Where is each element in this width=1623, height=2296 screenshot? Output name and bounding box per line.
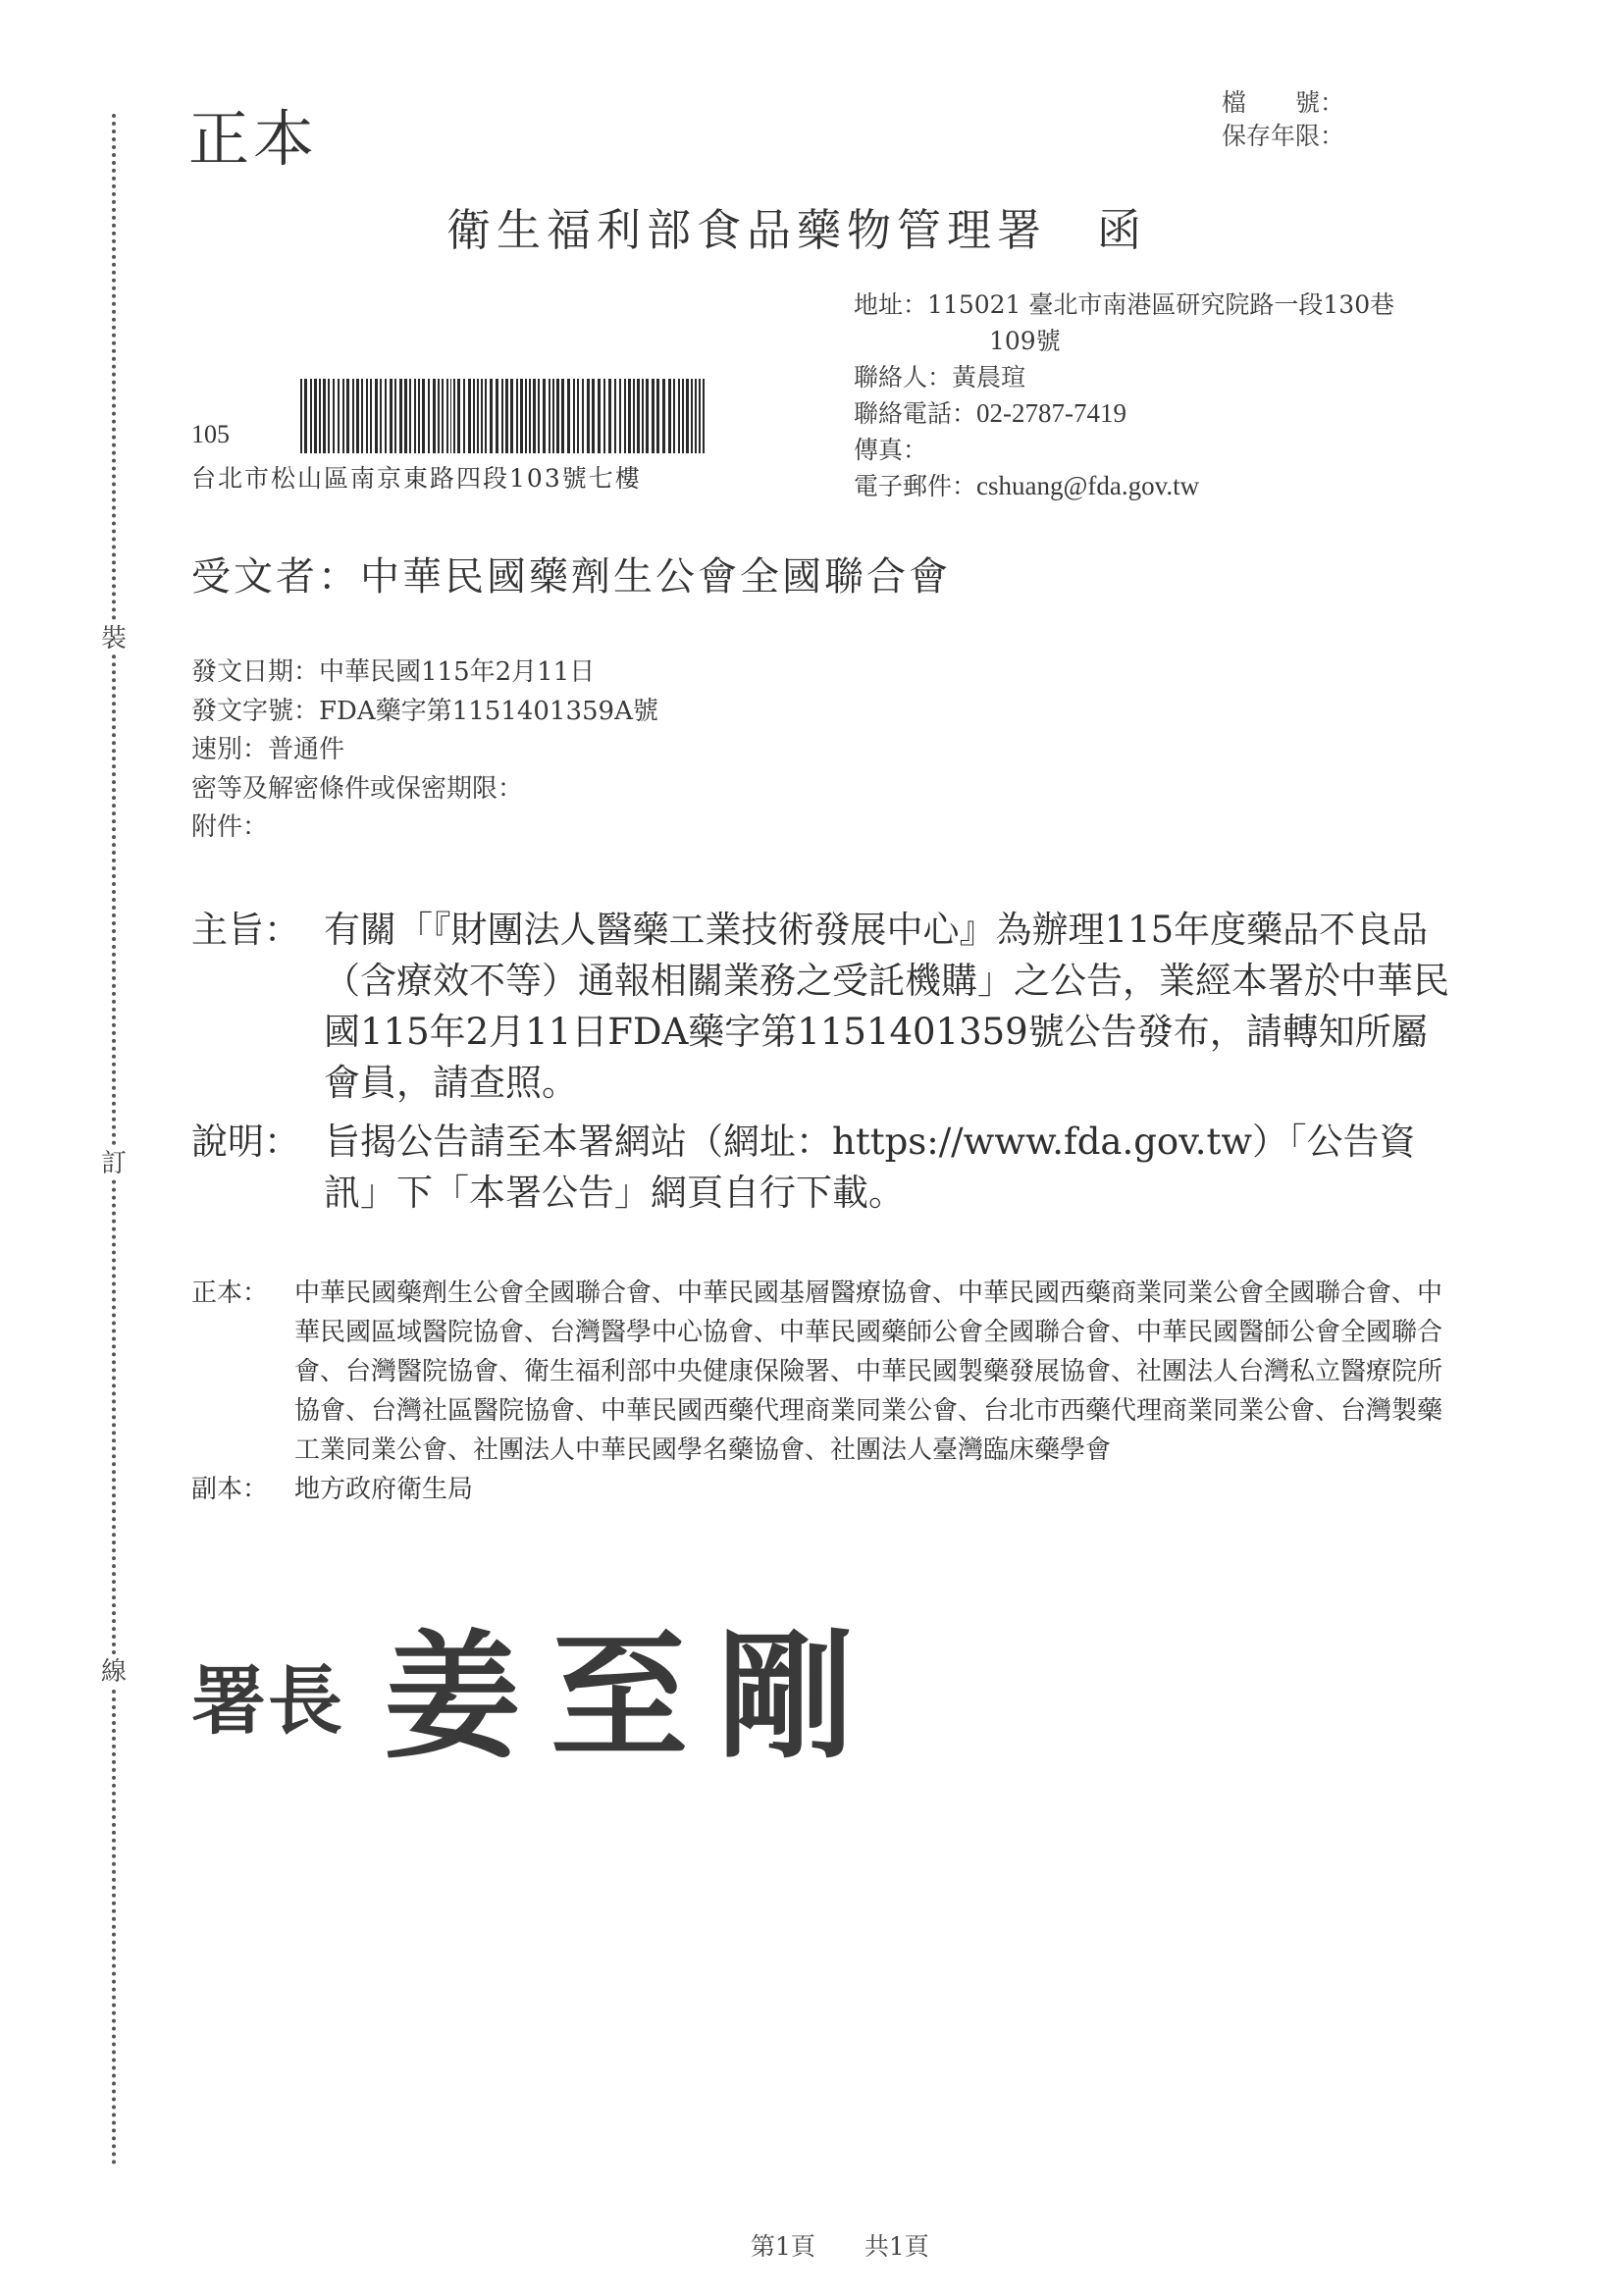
signatory-name: 姜至剛: [384, 1619, 884, 1776]
copy-recipients-label: 副本：: [191, 1470, 294, 1509]
file-meta: 檔 號： 保存年限：: [1222, 86, 1344, 153]
barcode: [300, 379, 707, 453]
address-label: 地址：: [854, 290, 927, 319]
fax-row: 傳真：: [854, 432, 1394, 468]
email-value: cshuang@fda.gov.tw: [976, 471, 1199, 500]
issue-date-row: 發文日期：中華民國115年2月11日: [191, 653, 658, 693]
fax-label: 傳真：: [854, 436, 927, 464]
speed-value: 普通件: [268, 735, 344, 764]
issue-date-label: 發文日期：: [191, 657, 319, 687]
email-row: 電子郵件：cshuang@fda.gov.tw: [854, 468, 1394, 504]
sender-info: 地址：115021 臺北市南港區研究院路一段130巷 109號 聯絡人：黃晨瑄 …: [854, 287, 1394, 504]
secrecy-row: 密等及解密條件或保密期限：: [191, 770, 658, 809]
explanation-label: 說明：: [191, 1117, 324, 1219]
reference-number: FDA藥字第1151401359A號: [319, 697, 658, 726]
attachment-label: 附件：: [191, 812, 268, 842]
recipient: 受文者：中華民國藥劑生公會全國聯合會: [191, 546, 951, 601]
subject-label: 主旨：: [191, 905, 324, 1109]
signature-block: 署長 姜至剛: [191, 1609, 884, 1776]
subject-section: 主旨： 有關「『財團法人醫藥工業技術發展中心』為辦理115年度藥品不良品（含療效…: [191, 905, 1462, 1109]
binding-dotted-line: [112, 114, 116, 2166]
page-number: 第1頁 共1頁: [751, 2227, 929, 2263]
document-title: 衛生福利部食品藥物管理署 函: [446, 194, 1147, 258]
speed-row: 速別：普通件: [191, 731, 658, 770]
file-number-label: 檔 號：: [1222, 86, 1344, 120]
reference-row: 發文字號：FDA藥字第1151401359A號: [191, 693, 658, 732]
reference-label: 發文字號：: [191, 697, 319, 726]
postcode: 105: [191, 420, 230, 449]
binding-char-zhuang: 裝: [98, 623, 130, 654]
address-line2: 109號: [854, 323, 1394, 359]
explanation-text: 旨揭公告請至本署網站（網址：https://www.fda.gov.tw）「公告…: [324, 1117, 1462, 1219]
signatory-title: 署長: [191, 1642, 344, 1748]
sender-address-row: 地址：115021 臺北市南港區研究院路一段130巷: [854, 287, 1394, 323]
subject-text: 有關「『財團法人醫藥工業技術發展中心』為辦理115年度藥品不良品（含療效不等）通…: [324, 905, 1462, 1109]
binding-char-xian: 線: [98, 1656, 130, 1688]
phone-value: 02-2787-7419: [976, 398, 1126, 428]
recipient-name: 中華民國藥劑生公會全國聯合會: [360, 554, 951, 600]
attachment-row: 附件：: [191, 809, 658, 848]
phone-label: 聯絡電話：: [854, 399, 976, 428]
issue-date: 中華民國115年2月11日: [319, 657, 595, 687]
original-recipients: 中華民國藥劑生公會全國聯合會、中華民國基層醫療協會、中華民國西藥商業同業公會全國…: [294, 1274, 1462, 1470]
original-recipients-label: 正本：: [191, 1274, 294, 1470]
secrecy-label: 密等及解密條件或保密期限：: [191, 774, 523, 804]
contact-label: 聯絡人：: [854, 363, 952, 391]
email-label: 電子郵件：: [854, 472, 976, 500]
mailing-address: 台北市松山區南京東路四段103號七樓: [191, 459, 642, 495]
address-line1: 115021 臺北市南港區研究院路一段130巷: [927, 290, 1394, 319]
retention-period-label: 保存年限：: [1222, 120, 1344, 153]
document-info: 發文日期：中華民國115年2月11日 發文字號：FDA藥字第1151401359…: [191, 653, 658, 848]
contact-row: 聯絡人：黃晨瑄: [854, 359, 1394, 395]
copy-recipients: 地方政府衛生局: [294, 1470, 1462, 1509]
original-copy-stamp: 正本: [188, 90, 318, 178]
explanation-section: 說明： 旨揭公告請至本署網站（網址：https://www.fda.gov.tw…: [191, 1117, 1462, 1219]
recipient-label: 受文者：: [191, 554, 360, 600]
contact-name: 黃晨瑄: [952, 363, 1025, 391]
phone-row: 聯絡電話：02-2787-7419: [854, 395, 1394, 432]
speed-label: 速別：: [191, 735, 268, 764]
binding-char-ding: 訂: [98, 1148, 130, 1179]
distribution-section: 正本： 中華民國藥劑生公會全國聯合會、中華民國基層醫療協會、中華民國西藥商業同業…: [191, 1274, 1462, 1509]
